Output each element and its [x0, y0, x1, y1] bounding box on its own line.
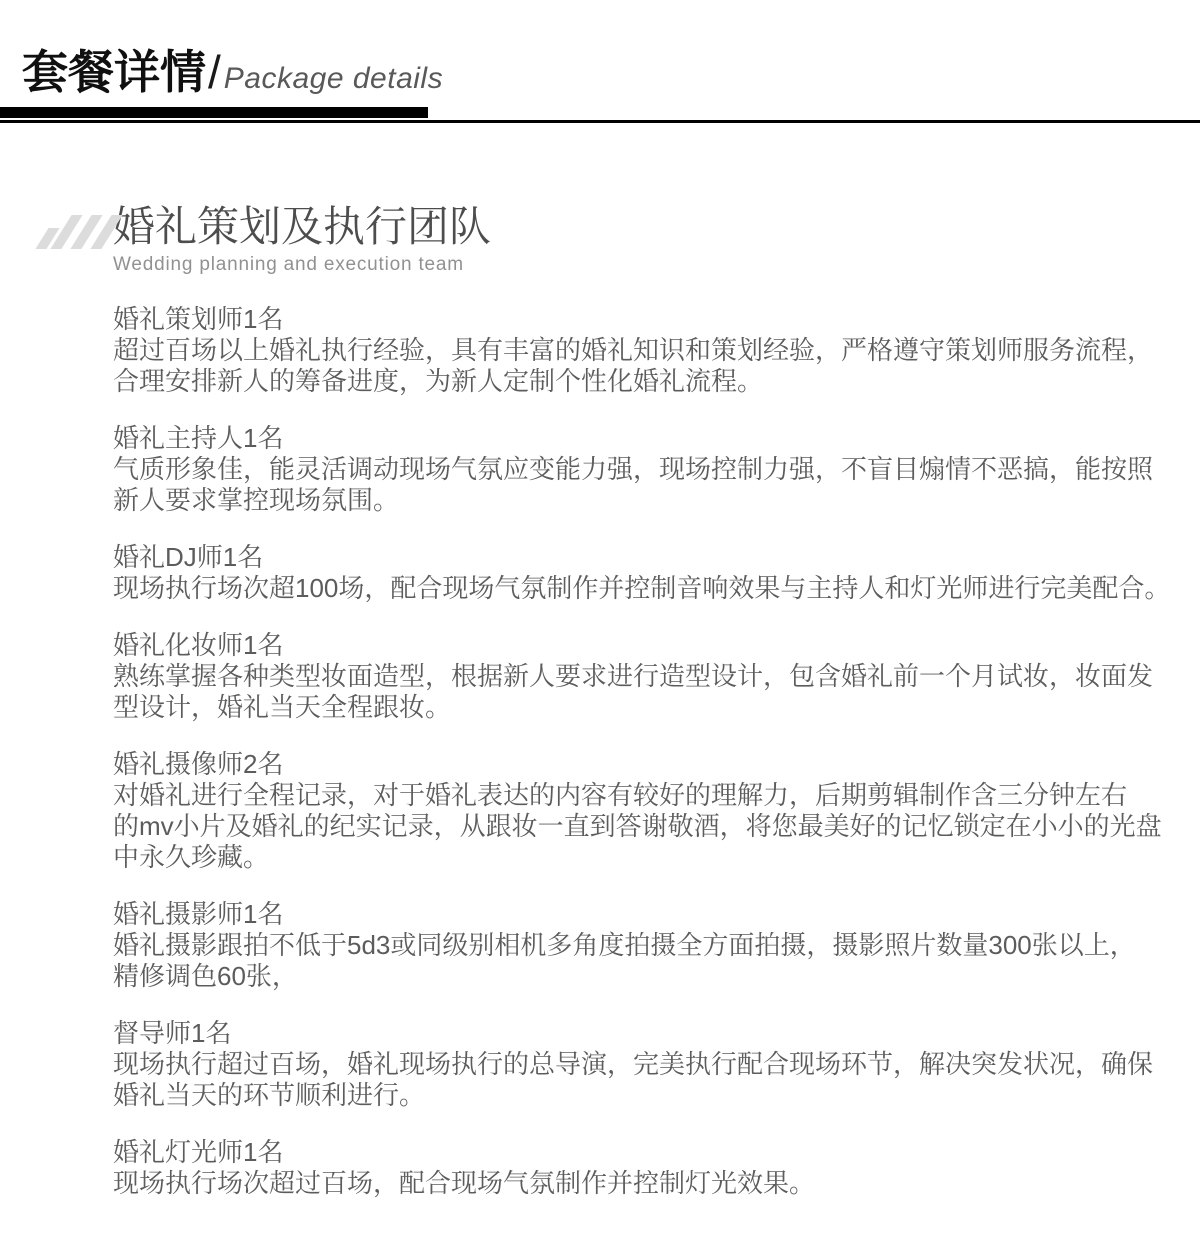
team-list: 婚礼策划师1名 超过百场以上婚礼执行经验，具有丰富的婚礼知识和策划经验，严格遵守…: [0, 304, 1200, 1199]
team-block-line: 现场执行超过百场，婚礼现场执行的总导演，完美执行配合现场环节，解决突发状况，确保: [113, 1049, 1160, 1080]
team-block-title: 婚礼策划师1名: [113, 304, 1160, 335]
team-block-line: 熟练掌握各种类型妆面造型，根据新人要求进行造型设计，包含婚礼前一个月试妆，妆面发: [113, 661, 1160, 692]
team-block-title: 婚礼摄影师1名: [113, 899, 1160, 930]
team-block-lighting: 婚礼灯光师1名 现场执行场次超过百场，配合现场气氛制作并控制灯光效果。: [113, 1137, 1160, 1199]
team-block-dj: 婚礼DJ师1名 现场执行场次超100场，配合现场气氛制作并控制音响效果与主持人和…: [113, 542, 1160, 604]
team-block-line: 气质形象佳，能灵活调动现场气氛应变能力强，现场控制力强，不盲目煽情不恶搞，能按照: [113, 454, 1160, 485]
team-block-line: 超过百场以上婚礼执行经验，具有丰富的婚礼知识和策划经验，严格遵守策划师服务流程，: [113, 335, 1160, 366]
team-block-title: 婚礼主持人1名: [113, 423, 1160, 454]
team-block-line: 的mv小片及婚礼的纪实记录，从跟妆一直到答谢敬酒，将您最美好的记忆锁定在小小的光…: [113, 811, 1160, 842]
team-block-line: 新人要求掌控现场氛围。: [113, 485, 1160, 516]
team-block-line: 型设计，婚礼当天全程跟妆。: [113, 692, 1160, 723]
title-slash-separator: /: [208, 46, 221, 98]
header-underline-thin: [0, 120, 1200, 123]
header-underline: [0, 107, 1200, 123]
team-block-supervisor: 督导师1名 现场执行超过百场，婚礼现场执行的总导演，完美执行配合现场环节，解决突…: [113, 1018, 1160, 1111]
team-block-videographer: 婚礼摄像师2名 对婚礼进行全程记录，对于婚礼表达的内容有较好的理解力，后期剪辑制…: [113, 749, 1160, 873]
team-block-line: 婚礼摄影跟拍不低于5d3或同级别相机多角度拍摄全方面拍摄，摄影照片数量300张以…: [113, 930, 1160, 961]
header-underline-thick: [0, 107, 428, 118]
team-block-line: 现场执行场次超过百场，配合现场气氛制作并控制灯光效果。: [113, 1168, 1160, 1199]
team-block-makeup: 婚礼化妆师1名 熟练掌握各种类型妆面造型，根据新人要求进行造型设计，包含婚礼前一…: [113, 630, 1160, 723]
page-header: 套餐详情 / Package details: [0, 46, 1200, 123]
team-block-line: 精修调色60张，: [113, 961, 1160, 992]
package-details-page: 套餐详情 / Package details 婚礼策划及执行团队 Wedding…: [0, 0, 1200, 1251]
section-title-english: Wedding planning and execution team: [113, 254, 1200, 276]
page-title-english: Package details: [224, 62, 443, 96]
team-block-line: 现场执行场次超100场，配合现场气氛制作并控制音响效果与主持人和灯光师进行完美配…: [113, 573, 1160, 604]
team-block-title: 婚礼DJ师1名: [113, 542, 1160, 573]
team-block-line: 中永久珍藏。: [113, 842, 1160, 873]
team-block-title: 婚礼灯光师1名: [113, 1137, 1160, 1168]
diagonal-stripes-icon: [42, 215, 116, 249]
team-block-line: 婚礼当天的环节顺利进行。: [113, 1080, 1160, 1111]
team-block-photographer: 婚礼摄影师1名 婚礼摄影跟拍不低于5d3或同级别相机多角度拍摄全方面拍摄，摄影照…: [113, 899, 1160, 992]
section-header: 婚礼策划及执行团队 Wedding planning and execution…: [0, 203, 1200, 276]
page-title-chinese: 套餐详情: [22, 46, 206, 98]
team-block-line: 合理安排新人的筹备进度，为新人定制个性化婚礼流程。: [113, 366, 1160, 397]
team-block-title: 督导师1名: [113, 1018, 1160, 1049]
team-block-host: 婚礼主持人1名 气质形象佳，能灵活调动现场气氛应变能力强，现场控制力强，不盲目煽…: [113, 423, 1160, 516]
team-block-title: 婚礼化妆师1名: [113, 630, 1160, 661]
team-block-line: 对婚礼进行全程记录，对于婚礼表达的内容有较好的理解力，后期剪辑制作含三分钟左右: [113, 780, 1160, 811]
team-block-planner: 婚礼策划师1名 超过百场以上婚礼执行经验，具有丰富的婚礼知识和策划经验，严格遵守…: [113, 304, 1160, 397]
page-title: 套餐详情 / Package details: [0, 46, 1200, 98]
section-title-chinese: 婚礼策划及执行团队: [113, 203, 1200, 251]
team-block-title: 婚礼摄像师2名: [113, 749, 1160, 780]
